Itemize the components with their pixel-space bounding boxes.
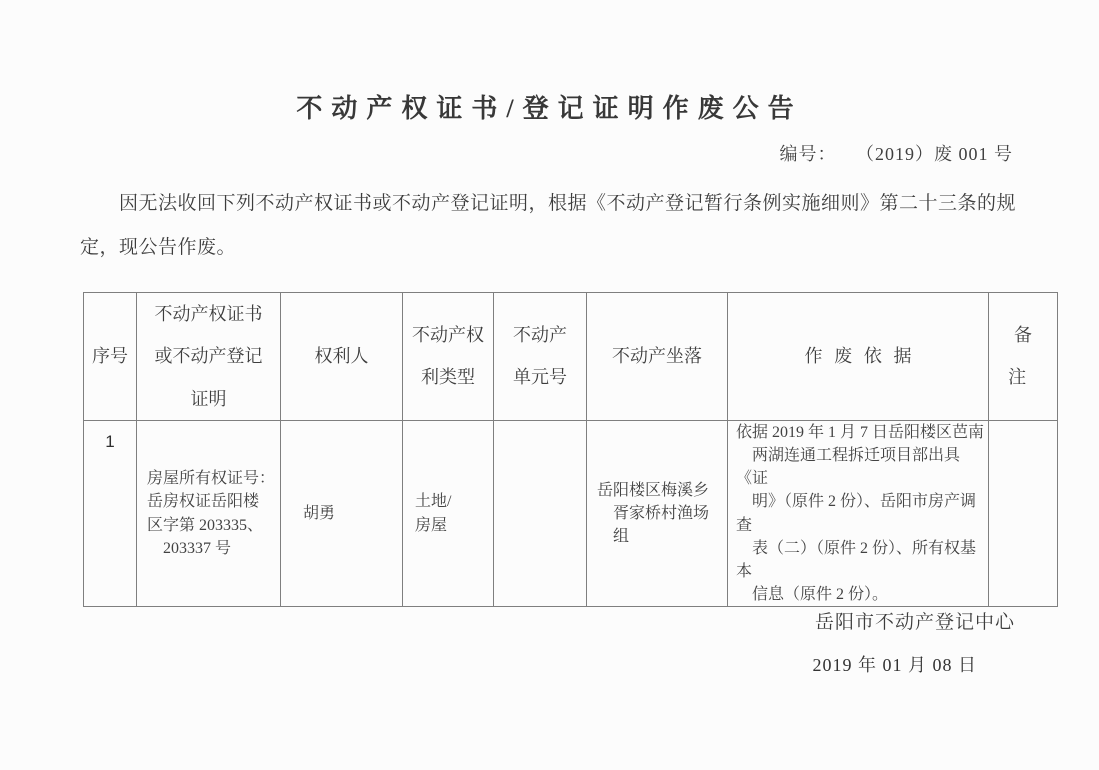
col-header-unit-no: 不动产 单元号 bbox=[494, 293, 587, 421]
footer: 岳阳市不动产登记中心 2019 年 01 月 08 日 bbox=[813, 607, 1016, 677]
cell-seq: 1 bbox=[84, 420, 137, 607]
issuer: 岳阳市不动产登记中心 bbox=[813, 607, 1016, 634]
doc-number-label: 编号： bbox=[780, 144, 837, 164]
cell-basis: 依据 2019 年 1 月 7 日岳阳楼区芭南 两湖连通工程拆迁项目部出具《证 … bbox=[728, 420, 989, 607]
col-header-remarks: 备注 bbox=[989, 293, 1058, 421]
table-row: 1 房屋所有权证号： 岳房权证岳阳楼 区字第 203335、 203337 号 … bbox=[84, 420, 1058, 607]
cell-remarks bbox=[989, 420, 1058, 607]
cell-certificate: 房屋所有权证号： 岳房权证岳阳楼 区字第 203335、 203337 号 bbox=[137, 420, 281, 607]
col-header-holder: 权利人 bbox=[281, 293, 403, 421]
issue-date: 2019 年 01 月 08 日 bbox=[813, 651, 978, 677]
page-title: 不动产权证书/登记证明作废公告 bbox=[0, 88, 1099, 125]
col-header-basis: 作废依据 bbox=[728, 293, 989, 421]
table-header-row: 序号 不动产权证书 或不动产登记 证明 权利人 不动产权 利类型 不动产 单元号… bbox=[84, 293, 1058, 421]
col-header-right-type: 不动产权 利类型 bbox=[403, 293, 494, 421]
col-header-location: 不动产坐落 bbox=[587, 293, 728, 421]
col-header-certificate: 不动产权证书 或不动产登记 证明 bbox=[137, 293, 281, 421]
doc-number-value: （2019）废 001 号 bbox=[856, 144, 1013, 164]
doc-number: 编号： （2019）废 001 号 bbox=[780, 140, 1014, 166]
col-header-seq: 序号 bbox=[84, 293, 137, 421]
notice-page: 不动产权证书/登记证明作废公告 编号： （2019）废 001 号 因无法收回下… bbox=[0, 0, 1099, 770]
invalidation-table: 序号 不动产权证书 或不动产登记 证明 权利人 不动产权 利类型 不动产 单元号… bbox=[83, 292, 1058, 607]
notice-body: 因无法收回下列不动产权证书或不动产登记证明，根据《不动产登记暂行条例实施细则》第… bbox=[80, 182, 1035, 269]
cell-right-type: 土地/ 房屋 bbox=[403, 420, 494, 607]
cell-holder: 胡勇 bbox=[281, 420, 403, 607]
cell-location: 岳阳楼区梅溪乡 胥家桥村渔场 组 bbox=[587, 420, 728, 607]
cell-unit-no bbox=[494, 420, 587, 607]
